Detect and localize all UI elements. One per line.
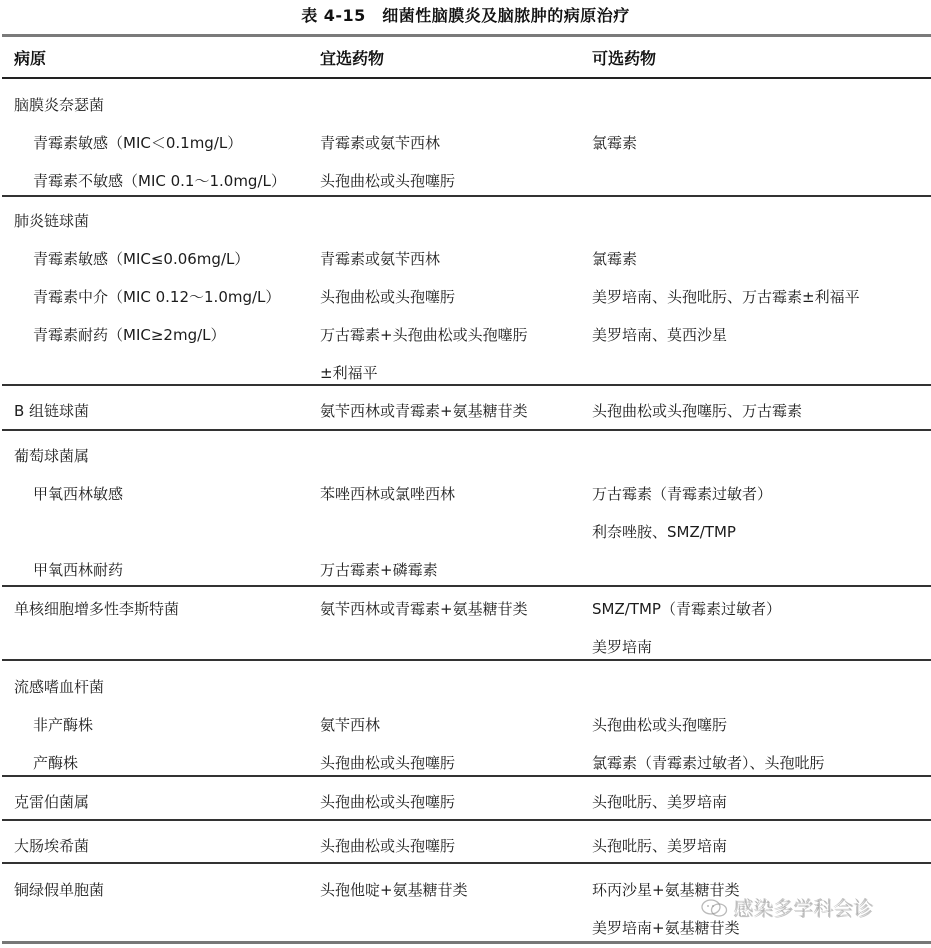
- group-divider: [2, 659, 931, 661]
- alternative-drug: 美罗培南、莫西沙星: [592, 325, 727, 345]
- wechat-icon: [700, 898, 730, 918]
- pathogen-group-name: 大肠埃希菌: [14, 836, 89, 856]
- pathogen-group-name: 葡萄球菌属: [14, 446, 89, 466]
- pathogen-subtype: 非产酶株: [33, 715, 93, 735]
- group-divider: [2, 585, 931, 587]
- group-divider: [2, 429, 931, 431]
- column-header-preferred: 宜选药物: [320, 46, 384, 69]
- group-divider: [2, 819, 931, 821]
- alternative-drug-continued: 利奈唑胺、SMZ/TMP: [592, 522, 736, 542]
- pathogen-subtype: 青霉素敏感（MIC＜0.1mg/L）: [33, 133, 242, 153]
- column-header-alternative: 可选药物: [592, 46, 656, 69]
- alternative-drug: SMZ/TMP（青霉素过敏者）: [592, 599, 781, 619]
- preferred-drug: 氨苄西林或青霉素+氨基糖苷类: [320, 599, 528, 619]
- group-divider: [2, 384, 931, 386]
- preferred-drug: 头孢曲松或头孢噻肟: [320, 287, 455, 307]
- alternative-drug: 氯霉素: [592, 249, 637, 269]
- preferred-drug: 头孢曲松或头孢噻肟: [320, 171, 455, 191]
- alternative-drug: 美罗培南、头孢吡肟、万古霉素±利福平: [592, 287, 860, 307]
- group-divider: [2, 862, 931, 864]
- preferred-drug: 青霉素或氨苄西林: [320, 249, 440, 269]
- alternative-drug: 头孢曲松或头孢噻肟: [592, 715, 727, 735]
- preferred-drug-continued: ±利福平: [320, 363, 378, 383]
- preferred-drug: 青霉素或氨苄西林: [320, 133, 440, 153]
- pathogen-subtype: 青霉素敏感（MIC≤0.06mg/L）: [33, 249, 249, 269]
- alternative-drug: 头孢曲松或头孢噻肟、万古霉素: [592, 401, 802, 421]
- table-top-rule: [2, 34, 931, 37]
- alternative-drug: 头孢吡肟、美罗培南: [592, 792, 727, 812]
- pathogen-group-name: 脑膜炎奈瑟菌: [14, 95, 104, 115]
- pathogen-group-name: B 组链球菌: [14, 401, 89, 421]
- group-divider: [2, 775, 931, 777]
- alternative-drug: 头孢吡肟、美罗培南: [592, 836, 727, 856]
- watermark: 感染多学科会诊: [700, 893, 874, 922]
- preferred-drug: 氨苄西林: [320, 715, 380, 735]
- pathogen-subtype: 甲氧西林耐药: [33, 560, 123, 580]
- pathogen-group-name: 铜绿假单胞菌: [14, 880, 104, 900]
- preferred-drug: 头孢曲松或头孢噻肟: [320, 753, 455, 773]
- preferred-drug: 苯唑西林或氯唑西林: [320, 484, 455, 504]
- pathogen-group-name: 克雷伯菌属: [14, 792, 89, 812]
- alternative-drug-continued: 美罗培南: [592, 637, 652, 657]
- pathogen-subtype: 青霉素耐药（MIC≥2mg/L）: [33, 325, 226, 345]
- alternative-drug: 万古霉素（青霉素过敏者）: [592, 484, 772, 504]
- preferred-drug: 头孢曲松或头孢噻肟: [320, 836, 455, 856]
- column-header-pathogen: 病原: [14, 46, 46, 69]
- preferred-drug: 氨苄西林或青霉素+氨基糖苷类: [320, 401, 528, 421]
- pathogen-group-name: 肺炎链球菌: [14, 211, 89, 231]
- group-divider: [2, 195, 931, 197]
- preferred-drug: 头孢曲松或头孢噻肟: [320, 792, 455, 812]
- table-title: 表 4-15 细菌性脑膜炎及脑脓肿的病原治疗: [0, 3, 931, 26]
- preferred-drug: 万古霉素+头孢曲松或头孢噻肟: [320, 325, 528, 345]
- pathogen-group-name: 单核细胞增多性李斯特菌: [14, 599, 179, 619]
- pathogen-subtype: 产酶株: [33, 753, 78, 773]
- header-bottom-rule: [2, 77, 931, 79]
- alternative-drug: 氯霉素: [592, 133, 637, 153]
- table-bottom-rule: [2, 941, 931, 944]
- preferred-drug: 头孢他啶+氨基糖苷类: [320, 880, 468, 900]
- pathogen-subtype: 甲氧西林敏感: [33, 484, 123, 504]
- pathogen-subtype: 青霉素不敏感（MIC 0.1～1.0mg/L）: [33, 171, 286, 191]
- alternative-drug: 氯霉素（青霉素过敏者）、头孢吡肟: [592, 753, 825, 773]
- pathogen-subtype: 青霉素中介（MIC 0.12～1.0mg/L）: [33, 287, 280, 307]
- pathogen-group-name: 流感嗜血杆菌: [14, 677, 104, 697]
- watermark-text: 感染多学科会诊: [734, 893, 874, 922]
- preferred-drug: 万古霉素+磷霉素: [320, 560, 438, 580]
